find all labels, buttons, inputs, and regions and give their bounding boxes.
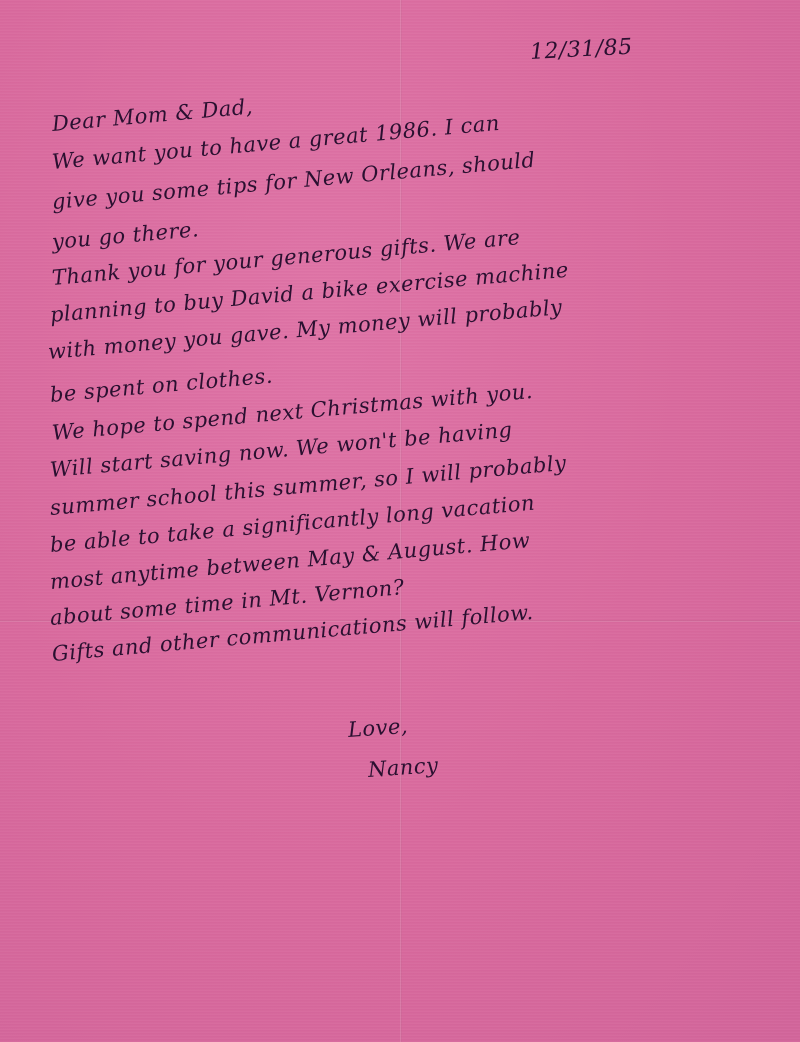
letter-closing: Love,	[347, 714, 409, 742]
letter-signature: Nancy	[367, 753, 439, 782]
